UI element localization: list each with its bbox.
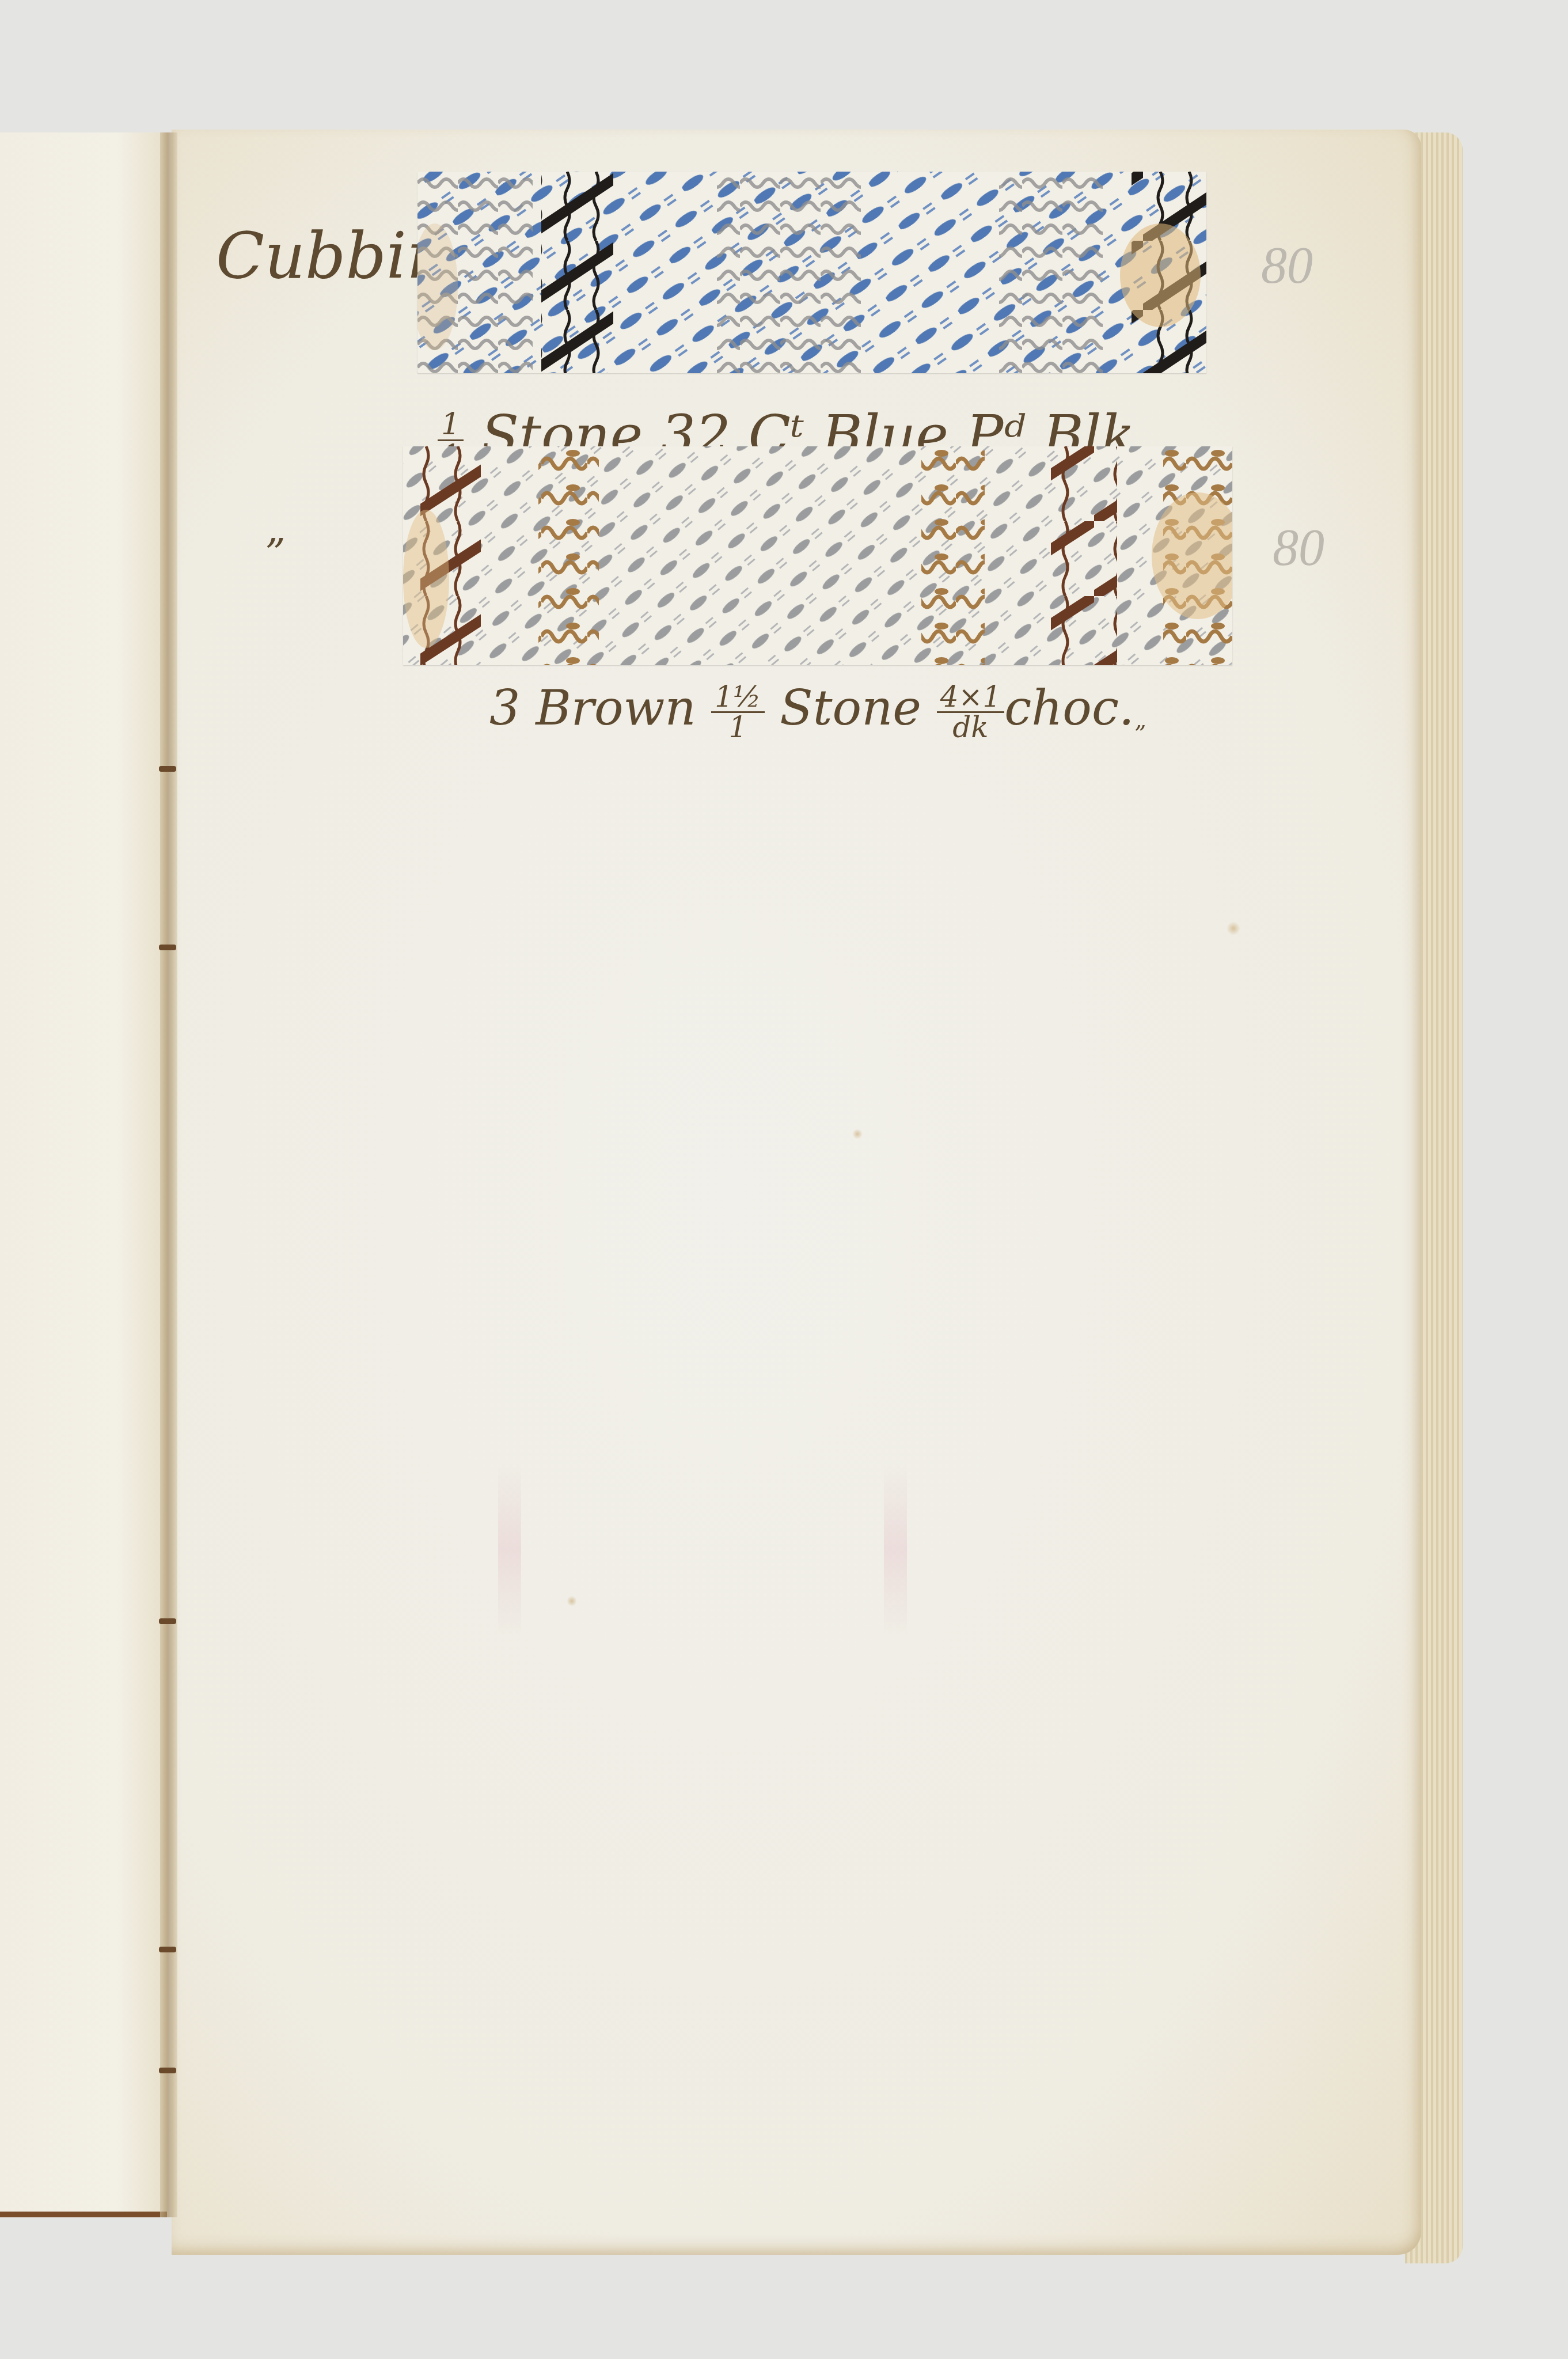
fabric-swatch-blue [417, 172, 1206, 373]
pencil-number: 80 [1273, 518, 1324, 578]
book-gutter [160, 132, 177, 2217]
ditto-mark: ” [265, 530, 286, 577]
pencil-number: 80 [1261, 236, 1313, 295]
binding-stitch [159, 766, 176, 772]
binding-stitch [159, 1618, 176, 1624]
entry-name-label: Cubbin [216, 219, 447, 293]
paper-spot [1227, 921, 1240, 935]
binding-stitch [159, 1947, 176, 1952]
fabric-swatch-brown [403, 446, 1232, 665]
paper-spot [567, 1595, 576, 1607]
show-through-mark [498, 1463, 521, 1636]
binding-stitch [159, 2068, 176, 2073]
binding-stitch [159, 945, 176, 950]
fraction: 1½ 1 [711, 682, 764, 742]
show-through-mark [884, 1463, 907, 1636]
swatch-caption: 3 Brown 1½ 1 Stone 4×1 dk choc.” [489, 680, 1146, 748]
fraction: 4×1 dk [937, 682, 1005, 742]
left-page [0, 132, 167, 2217]
paper-spot [852, 1129, 863, 1139]
